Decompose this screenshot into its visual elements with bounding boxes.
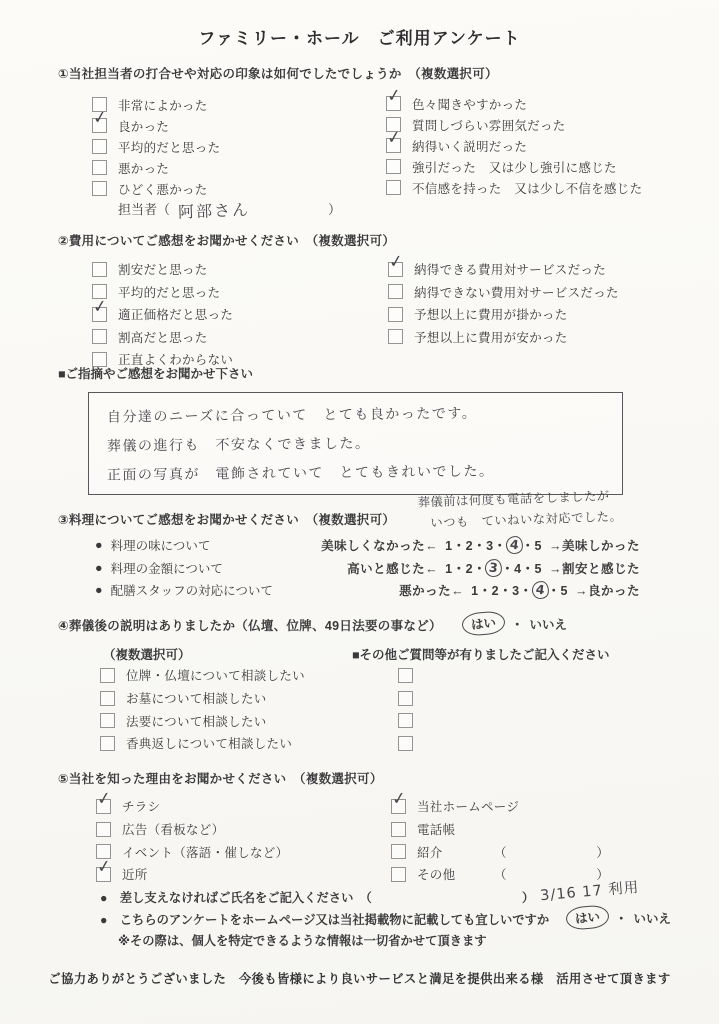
handwritten-margin-note: 葬儀前は何度も電話をしましたが いつも ていねいな対応でした。 xyxy=(417,485,622,534)
checkbox-option: お墓について相談したい xyxy=(100,687,305,710)
option-label: チラシ xyxy=(122,797,160,815)
checkbox-option: 紹介（ ） xyxy=(391,840,609,863)
handwritten-checkmark: ✓ xyxy=(386,129,402,148)
checkbox xyxy=(398,691,413,706)
option-label: 紹介 xyxy=(417,843,483,861)
checkbox-option: 法要について相談したい xyxy=(100,709,305,732)
rating-row: ●配膳スタッフの対応について 悪かった←1・2・3・4・5→良かった xyxy=(95,579,640,602)
rating-row: ●料理の金額について 高いと感じた←1・2・3・4・5→割安と感じた xyxy=(95,557,640,580)
survey-title: ファミリー・ホール ご利用アンケート xyxy=(0,24,719,49)
checkbox xyxy=(398,736,413,751)
option-label: 納得いく説明だった xyxy=(412,137,527,155)
checkbox xyxy=(388,329,403,344)
checkbox-option: ひどく悪かった xyxy=(92,178,220,199)
checkbox-option: 悪かった xyxy=(92,157,220,178)
handwritten-checkmark: ✓ xyxy=(386,87,402,106)
checkbox xyxy=(92,160,107,175)
option-label: 良かった xyxy=(118,117,169,135)
question-4-other-checkboxes xyxy=(398,664,413,755)
checkbox-option: ✓納得できる費用対サービスだった xyxy=(388,258,619,281)
checkbox-option: 予想以上に費用が安かった xyxy=(388,326,619,349)
question-4-yesno: はい ・ いいえ xyxy=(462,612,567,635)
separator: ・ xyxy=(511,615,524,633)
option-label: その他 xyxy=(417,865,483,883)
option-label: 非常によかった xyxy=(118,96,208,114)
checkbox xyxy=(100,713,115,728)
scale-numbers: 1・2・3・ xyxy=(445,536,506,554)
checkbox-option: ✓チラシ xyxy=(96,795,288,818)
question-3-heading: ③料理についてご感想をお聞かせください （複数選択可） xyxy=(58,510,395,528)
yes-circled: はい xyxy=(461,610,506,637)
bullet-icon: ● xyxy=(95,561,103,575)
scale-high-label: →美味しかった xyxy=(549,536,640,554)
checkbox xyxy=(100,691,115,706)
checkbox xyxy=(391,844,406,859)
option-label: 広告（看板など） xyxy=(122,820,224,838)
checkbox-option: イベント（落語・催しなど） xyxy=(96,840,288,863)
checkbox xyxy=(388,284,403,299)
checkbox xyxy=(398,713,413,728)
question-5-right-options: ✓当社ホームページ 電話帳 紹介（ ） その他（ ） xyxy=(391,795,609,886)
checkbox-option xyxy=(398,687,413,710)
publish-consent-line: ● こちらのアンケートをホームページ又は当社掲載物に記載しても宜しいですか xyxy=(100,910,549,928)
question-4-heading: ④葬儀後の説明はありましたか（仏壇、位牌、49日法要の事など） xyxy=(58,616,442,634)
checkbox-option: ✓納得いく説明だった xyxy=(386,135,642,156)
checkbox-option: 予想以上に費用が掛かった xyxy=(388,303,619,326)
option-label: お墓について相談したい xyxy=(126,689,267,707)
checkbox-option: 質問しづらい雰囲気だった xyxy=(386,114,642,135)
option-label: 予想以上に費用が掛かった xyxy=(414,305,568,323)
scale-numbers: ・4・5 xyxy=(501,559,542,577)
checkbox xyxy=(391,822,406,837)
publish-consent-yesno: はい ・ いいえ xyxy=(566,906,671,929)
checkbox-option: 納得できない費用対サービスだった xyxy=(388,281,619,304)
checkbox xyxy=(398,668,413,683)
question-5-left-options: ✓チラシ 広告（看板など） イベント（落語・催しなど） ✓近所 xyxy=(96,795,288,886)
option-label: 位牌・仏壇について相談したい xyxy=(126,666,305,684)
option-label: 色々聞きやすかった xyxy=(412,95,527,113)
checkbox-option xyxy=(398,664,413,687)
checkbox xyxy=(100,668,115,683)
question-1-heading: ①当社担当者の打合せや対応の印象は如何でしたでしょうか （複数選択可） xyxy=(58,64,498,82)
option-label: 予想以上に費用が安かった xyxy=(414,328,568,346)
checkbox-option: 割安だと思った xyxy=(92,258,233,281)
checkbox-option: ✓良かった xyxy=(92,115,220,136)
checkbox: ✓ xyxy=(92,307,107,322)
comments-heading: ■ご指摘やご感想をお聞かせ下さい xyxy=(58,364,253,382)
scale-numbers: 1・2・ xyxy=(445,559,486,577)
rating-label: ●料理の味について xyxy=(95,536,210,554)
rating-scale: 美味しくなかった←1・2・3・4・5→美味しかった xyxy=(321,536,640,554)
checkbox-option: 広告（看板など） xyxy=(96,818,288,841)
option-label: 質問しづらい雰囲気だった xyxy=(412,116,566,134)
checkbox-option: 平均的だと思った xyxy=(92,281,233,304)
rating-row: ●料理の味について 美味しくなかった←1・2・3・4・5→美味しかった xyxy=(95,534,640,557)
checkbox: ✓ xyxy=(388,262,403,277)
checkbox-option: 強引だった 又は少し強引に感じた xyxy=(386,156,642,177)
option-label: 香典返しについて相談したい xyxy=(126,734,292,752)
handwritten-checkmark: ✓ xyxy=(391,790,407,809)
option-label: 強引だった 又は少し強引に感じた xyxy=(412,158,617,176)
checkbox: ✓ xyxy=(92,118,107,133)
question-2-heading: ②費用についてご感想をお聞かせください （複数選択可） xyxy=(58,231,395,249)
name-request-line: ● 差し支えなければご氏名をご記入ください （ ） xyxy=(100,888,534,906)
handwritten-checkmark: ✓ xyxy=(96,858,112,877)
option-label: 納得できる費用対サービスだった xyxy=(414,260,606,278)
scale-low-label: 美味しくなかった← xyxy=(321,536,438,554)
option-label: 電話帳 xyxy=(417,820,455,838)
no-option: いいえ xyxy=(530,615,568,633)
survey-page: ファミリー・ホール ご利用アンケート ①当社担当者の打合せや対応の印象は如何でし… xyxy=(0,0,719,1024)
question-5-heading: ⑤当社を知った理由をお聞かせください （複数選択可） xyxy=(58,769,383,787)
staff-label: 担当者（ xyxy=(118,199,170,218)
checkbox-option: ✓適正価格だと思った xyxy=(92,303,233,326)
staff-label-close: ） xyxy=(328,199,341,218)
question-1-left-options: 非常によかった ✓良かった 平均的だと思った 悪かった ひどく悪かった xyxy=(92,94,220,199)
checkbox-option: ✓当社ホームページ xyxy=(391,795,609,818)
checkbox-option: ✓近所 xyxy=(96,863,288,886)
checkbox-option: 位牌・仏壇について相談したい xyxy=(100,664,305,687)
yes-circled: はい xyxy=(565,904,610,931)
checkbox xyxy=(100,736,115,751)
checkbox-option: 香典返しについて相談したい xyxy=(100,732,305,755)
rating-scale: 悪かった←1・2・3・4・5→良かった xyxy=(399,581,640,599)
checkbox-option xyxy=(398,709,413,732)
option-blank-parens: （ ） xyxy=(494,843,609,861)
checkbox: ✓ xyxy=(386,96,401,111)
checkbox: ✓ xyxy=(391,799,406,814)
question-2-right-options: ✓納得できる費用対サービスだった 納得できない費用対サービスだった 予想以上に費… xyxy=(388,258,619,348)
comments-box: 自分達のニーズに合っていて とても良かったです。 葬儀の進行も 不安なくできまし… xyxy=(88,392,623,495)
option-label: 割安だと思った xyxy=(118,260,208,278)
separator: ・ xyxy=(615,909,628,927)
option-label: イベント（落語・催しなど） xyxy=(122,843,288,861)
checkbox-option: 不信感を持った 又は少し不信を感じた xyxy=(386,177,642,198)
option-label: 適正価格だと思った xyxy=(118,305,233,323)
checkbox xyxy=(92,139,107,154)
staff-name-line: 担当者（ 阿部さん ） xyxy=(118,197,341,220)
option-label: 法要について相談したい xyxy=(126,712,267,730)
scale-low-label: 高いと感じた← xyxy=(347,559,438,577)
scale-high-label: →割安と感じた xyxy=(549,559,640,577)
option-label: 悪かった xyxy=(118,159,169,177)
option-label: 納得できない費用対サービスだった xyxy=(414,283,619,301)
question-3-ratings: ●料理の味について 美味しくなかった←1・2・3・4・5→美味しかった ●料理の… xyxy=(95,534,640,602)
checkbox: ✓ xyxy=(96,799,111,814)
handwritten-checkmark: ✓ xyxy=(92,109,108,128)
checkbox xyxy=(96,822,111,837)
option-label: 平均的だと思った xyxy=(118,138,220,156)
checkbox xyxy=(386,159,401,174)
scale-numbers: ・5 xyxy=(548,581,568,599)
question-1-right-options: ✓色々聞きやすかった 質問しづらい雰囲気だった ✓納得いく説明だった 強引だった… xyxy=(386,93,642,198)
checkbox-option: 平均的だと思った xyxy=(92,136,220,157)
rating-label: ●料理の金額について xyxy=(95,559,223,577)
option-label: 割高だと思った xyxy=(118,328,208,346)
checkbox xyxy=(92,181,107,196)
staff-name-handwritten: 阿部さん xyxy=(178,194,329,222)
checkbox-option: 電話帳 xyxy=(391,818,609,841)
checkbox-option: 割高だと思った xyxy=(92,326,233,349)
checkbox-option: ✓色々聞きやすかった xyxy=(386,93,642,114)
scale-numbers: 1・2・3・ xyxy=(471,581,532,599)
checkbox: ✓ xyxy=(386,138,401,153)
scale-low-label: 悪かった← xyxy=(399,581,464,599)
checkbox-option: 非常によかった xyxy=(92,94,220,115)
option-label: 不信感を持った 又は少し不信を感じた xyxy=(412,179,642,197)
handwritten-checkmark: ✓ xyxy=(96,790,112,809)
no-option: いいえ xyxy=(634,909,672,927)
question-4-subnote: （複数選択可） xyxy=(103,645,191,663)
privacy-note: ※その際は、個人を特定できるような情報は一切省かせて頂きます xyxy=(118,931,487,949)
other-questions-heading: ■その他ご質問等が有りましたご記入ください xyxy=(352,645,610,663)
scale-high-label: →良かった xyxy=(575,581,640,599)
option-label: 平均的だと思った xyxy=(118,283,220,301)
checkbox-option xyxy=(398,732,413,755)
scale-numbers: ・5 xyxy=(522,536,542,554)
checkbox xyxy=(386,180,401,195)
checkbox xyxy=(92,329,107,344)
question-2-left-options: 割安だと思った 平均的だと思った ✓適正価格だと思った 割高だと思った 正直よく… xyxy=(92,258,233,371)
thank-you-footer: ご協力ありがとうございました 今後も皆様により良いサービスと満足を提供出来る様 … xyxy=(0,969,719,987)
checkbox xyxy=(92,262,107,277)
checkbox: ✓ xyxy=(96,867,111,882)
checkbox xyxy=(391,867,406,882)
handwritten-checkmark: ✓ xyxy=(92,298,108,317)
handwritten-checkmark: ✓ xyxy=(388,253,404,272)
option-label: 当社ホームページ xyxy=(417,797,519,815)
question-4-left-options: 位牌・仏壇について相談したい お墓について相談したい 法要について相談したい 香… xyxy=(100,664,305,755)
checkbox xyxy=(388,307,403,322)
rating-scale: 高いと感じた←1・2・3・4・5→割安と感じた xyxy=(347,559,640,577)
option-label: 近所 xyxy=(122,865,148,883)
bullet-icon: ● xyxy=(95,538,103,552)
option-label: ひどく悪かった xyxy=(118,180,208,198)
rating-label: ●配膳スタッフの対応について xyxy=(95,581,273,599)
bullet-icon: ● xyxy=(95,583,103,597)
comment-line: 正面の写真が 電飾されていて とてもきれいでした。 xyxy=(89,456,622,491)
